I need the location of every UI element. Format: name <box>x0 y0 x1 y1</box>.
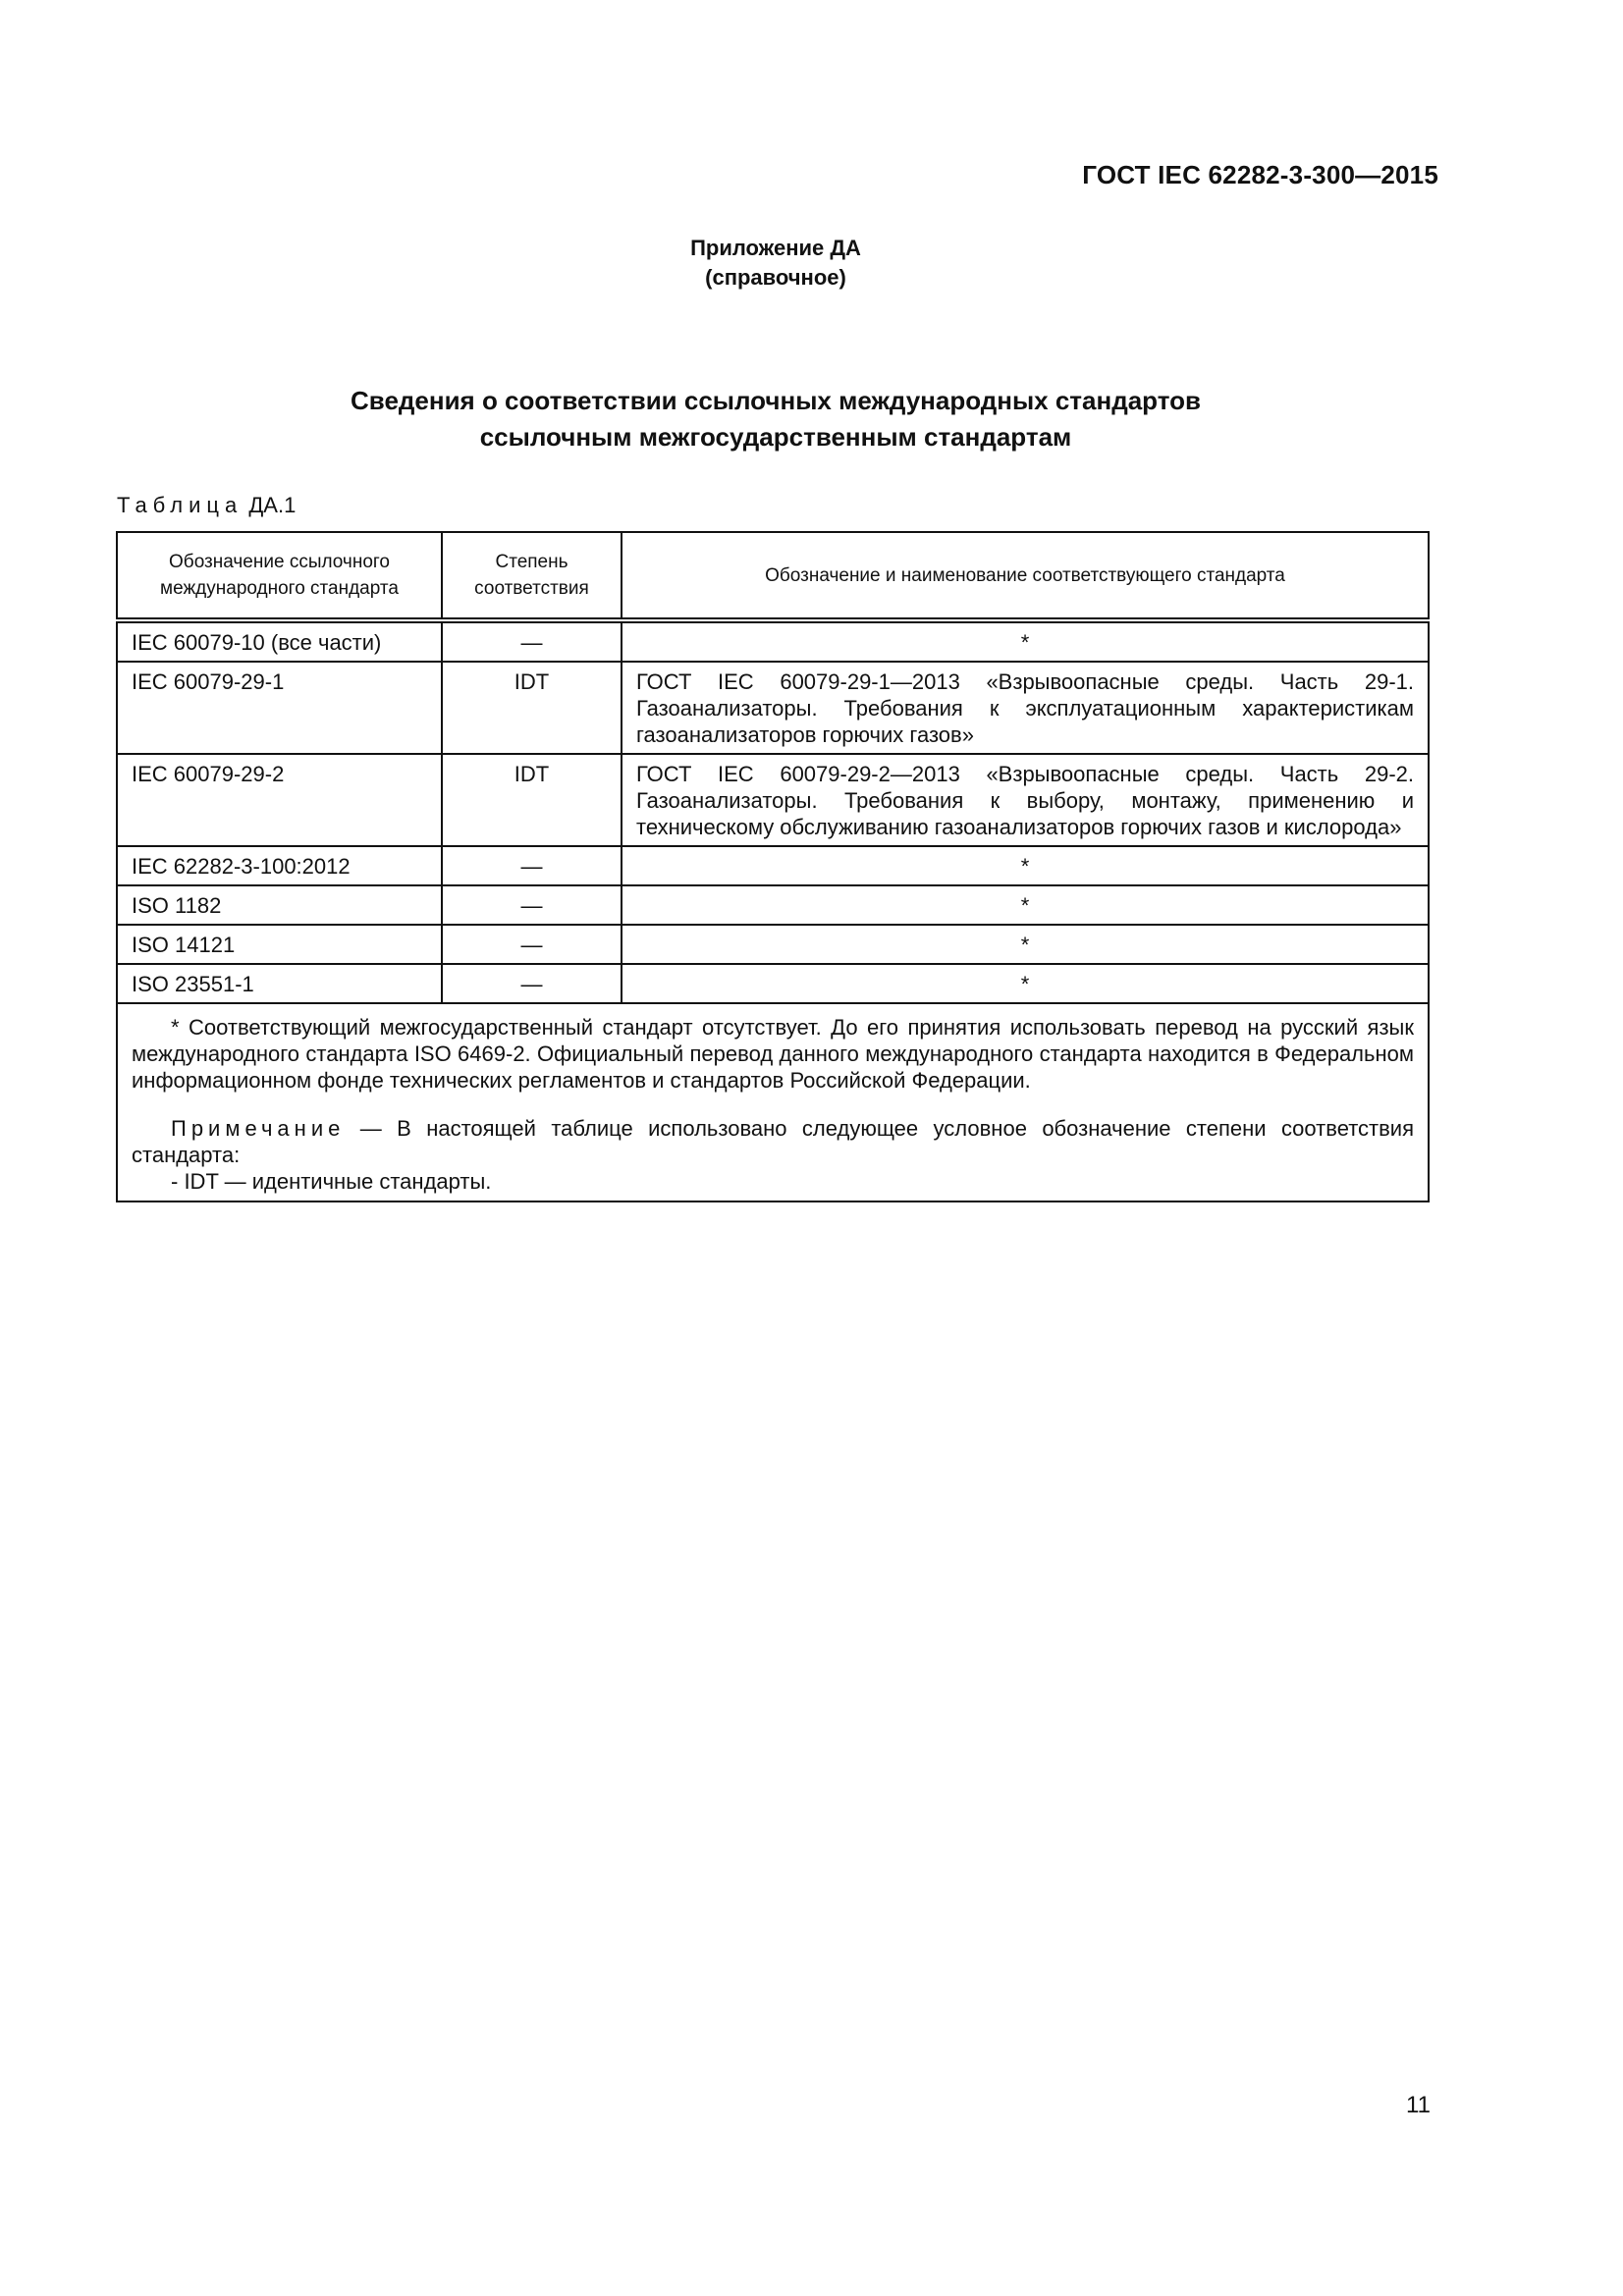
column-header-degree: Степень соответствия <box>442 532 622 620</box>
cell-degree: — <box>442 620 622 662</box>
cell-reference: ISO 23551-1 <box>117 964 442 1003</box>
cell-reference: IEC 60079-29-2 <box>117 754 442 846</box>
annex-heading: Приложение ДА (справочное) <box>0 234 1551 293</box>
column-header-standard: Обозначение и наименование соответствующ… <box>622 532 1429 620</box>
table-caption-number: ДА.1 <box>248 493 296 517</box>
table-header-row: Обозначение ссылочного международного ст… <box>117 532 1429 620</box>
cell-reference: ISO 1182 <box>117 885 442 925</box>
table-row: IEC 60079-29-2 IDT ГОСТ IEC 60079-29-2—2… <box>117 754 1429 846</box>
column-header-reference: Обозначение ссылочного международного ст… <box>117 532 442 620</box>
cell-standard: ГОСТ IEC 60079-29-2—2013 «Взрывоопасные … <box>622 754 1429 846</box>
annex-title: Приложение ДА <box>0 234 1551 263</box>
section-title-line-2: ссылочным межгосударственным стандартам <box>0 419 1551 455</box>
table-footer-row: * Соответствующий межгосударственный ста… <box>117 1003 1429 1201</box>
cell-reference: IEC 62282-3-100:2012 <box>117 846 442 885</box>
cell-degree: — <box>442 885 622 925</box>
cell-reference: ISO 14121 <box>117 925 442 964</box>
table-row: ISO 23551-1 — * <box>117 964 1429 1003</box>
cell-standard: * <box>622 925 1429 964</box>
table-row: IEC 60079-29-1 IDT ГОСТ IEC 60079-29-1—2… <box>117 662 1429 754</box>
note-label: Примечание <box>171 1116 345 1141</box>
cell-degree: — <box>442 964 622 1003</box>
section-title: Сведения о соответствии ссылочных междун… <box>0 383 1551 455</box>
table-caption: Таблица ДА.1 <box>117 493 296 518</box>
cell-standard: * <box>622 885 1429 925</box>
table-row: IEC 62282-3-100:2012 — * <box>117 846 1429 885</box>
cell-degree: IDT <box>442 662 622 754</box>
page-number: 11 <box>1406 2092 1431 2119</box>
cell-degree: — <box>442 846 622 885</box>
table-row: IEC 60079-10 (все части) — * <box>117 620 1429 662</box>
cell-standard: * <box>622 620 1429 662</box>
table-row: ISO 1182 — * <box>117 885 1429 925</box>
table-note: Примечание — В настоящей таблице использ… <box>132 1115 1414 1168</box>
table-caption-prefix: Таблица <box>117 493 243 517</box>
cell-reference: IEC 60079-29-1 <box>117 662 442 754</box>
table-row: ISO 14121 — * <box>117 925 1429 964</box>
document-code: ГОСТ IEC 62282-3-300—2015 <box>1082 160 1438 190</box>
table-footer: * Соответствующий межгосударственный ста… <box>117 1003 1429 1201</box>
note-item-idt: - IDT — идентичные стандарты. <box>132 1168 1414 1195</box>
table-footnote: * Соответствующий межгосударственный ста… <box>132 1014 1414 1094</box>
cell-degree: — <box>442 925 622 964</box>
cell-reference: IEC 60079-10 (все части) <box>117 620 442 662</box>
section-title-line-1: Сведения о соответствии ссылочных междун… <box>0 383 1551 419</box>
annex-subtitle: (справочное) <box>0 263 1551 293</box>
cell-degree: IDT <box>442 754 622 846</box>
cell-standard: ГОСТ IEC 60079-29-1—2013 «Взрывоопасные … <box>622 662 1429 754</box>
standards-correspondence-table: Обозначение ссылочного международного ст… <box>116 531 1430 1202</box>
cell-standard: * <box>622 964 1429 1003</box>
cell-standard: * <box>622 846 1429 885</box>
